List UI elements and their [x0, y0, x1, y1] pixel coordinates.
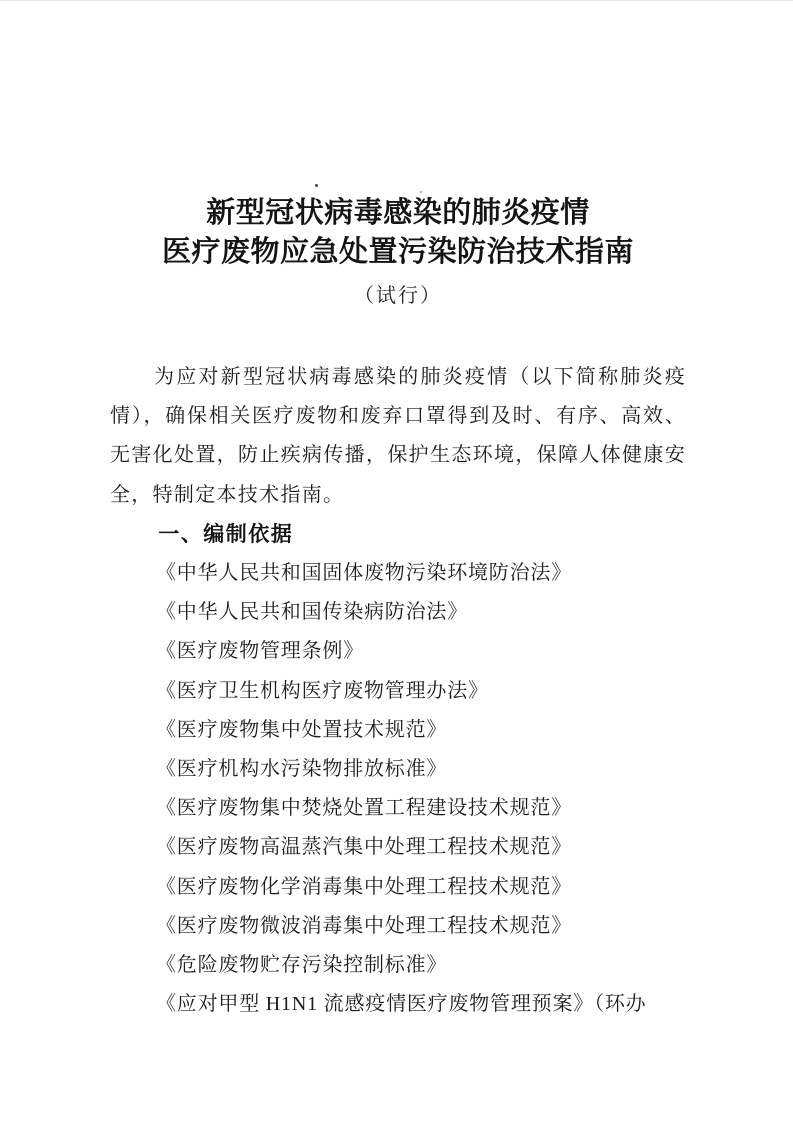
intro-paragraph-line: 无害化处置，防止疾病传播，保护生态环境，保障人体健康安	[110, 436, 686, 475]
reference-item: 《医疗机构水污染物排放标准》	[110, 750, 686, 789]
reference-list: 《中华人民共和国固体废物污染环境防治法》 《中华人民共和国传染病防治法》 《医疗…	[110, 554, 686, 1024]
reference-item: 《医疗卫生机构医疗废物管理办法》	[110, 672, 686, 711]
document-title-line-1: 新型冠状病毒感染的肺炎疫情	[110, 194, 686, 233]
intro-paragraph-line: 情），确保相关医疗废物和废弃口罩得到及时、有序、高效、	[110, 397, 686, 436]
document-content: 新型冠状病毒感染的肺炎疫情 医疗废物应急处置污染防治技术指南 （试行） 为应对新…	[110, 0, 686, 1024]
document-subtitle: （试行）	[110, 282, 686, 310]
reference-item: 《中华人民共和国传染病防治法》	[110, 593, 686, 632]
reference-item: 《应对甲型 H1N1 流感疫情医疗废物管理预案》（环办	[110, 985, 686, 1024]
reference-item: 《医疗废物管理条例》	[110, 632, 686, 671]
reference-item: 《危险废物贮存污染控制标准》	[110, 946, 686, 985]
document-title: 新型冠状病毒感染的肺炎疫情 医疗废物应急处置污染防治技术指南	[110, 194, 686, 272]
reference-item: 《医疗废物集中焚烧处置工程建设技术规范》	[110, 789, 686, 828]
reference-item: 《医疗废物高温蒸汽集中处理工程技术规范》	[110, 828, 686, 867]
reference-item: 《中华人民共和国固体废物污染环境防治法》	[110, 554, 686, 593]
section-heading-basis: 一、编制依据	[110, 515, 686, 554]
document-page: 新型冠状病毒感染的肺炎疫情 医疗废物应急处置污染防治技术指南 （试行） 为应对新…	[0, 0, 793, 1123]
intro-paragraph-line: 为应对新型冠状病毒感染的肺炎疫情（以下简称肺炎疫	[110, 358, 686, 397]
document-title-line-2: 医疗废物应急处置污染防治技术指南	[110, 233, 686, 272]
intro-paragraph-line: 全，特制定本技术指南。	[110, 476, 686, 515]
reference-item: 《医疗废物微波消毒集中处理工程技术规范》	[110, 907, 686, 946]
reference-item: 《医疗废物集中处置技术规范》	[110, 711, 686, 750]
intro-paragraph: 为应对新型冠状病毒感染的肺炎疫情（以下简称肺炎疫 情），确保相关医疗废物和废弃口…	[110, 358, 686, 515]
reference-item: 《医疗废物化学消毒集中处理工程技术规范》	[110, 868, 686, 907]
